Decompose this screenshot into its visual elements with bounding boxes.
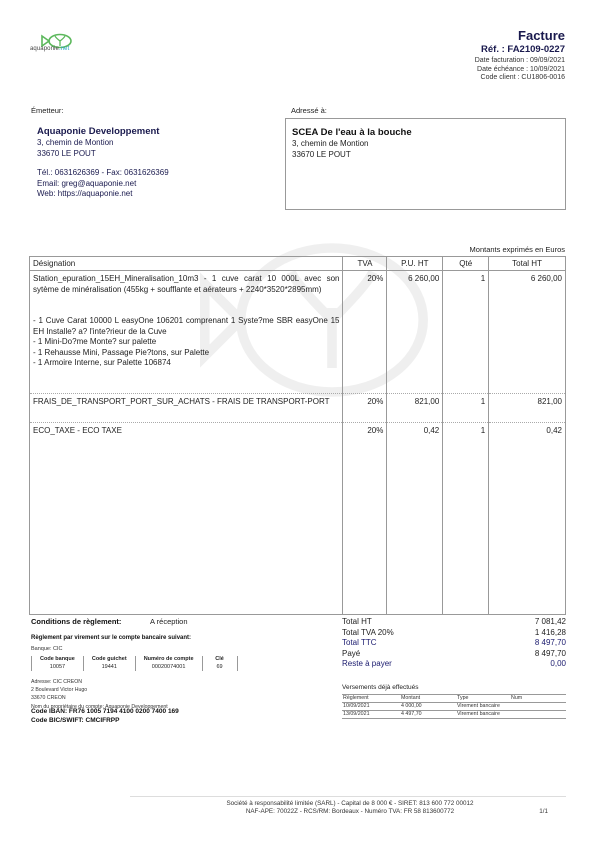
header-pu-ht: P.U. HT xyxy=(387,257,443,271)
bic: Code BIC/SWIFT: CMCIFRPP xyxy=(31,717,179,726)
emetteur-web: Web: https://aquaponie.net xyxy=(37,189,279,200)
row-total: 6 260,00 xyxy=(489,271,566,394)
emetteur-email: Email: greg@aquaponie.net xyxy=(37,179,279,190)
emetteur-name: Aquaponie Developpement xyxy=(37,126,279,137)
date-echeance: Date échéance : 10/09/2021 xyxy=(475,66,565,75)
total-tva-row: Total TVA 20%1 416,28 xyxy=(342,628,566,639)
destinataire-block: SCEA De l'eau à la bouche 3, chemin de M… xyxy=(285,118,566,210)
paye-row: Payé8 497,70 xyxy=(342,649,566,660)
footer-line2: NAF-APE: 70022Z - RCS/RM: Bordeaux - Num… xyxy=(130,808,570,816)
items-table: Désignation TVA P.U. HT Qté Total HT Sta… xyxy=(29,256,566,615)
iban-block: Code IBAN: FR76 1005 7194 4100 0200 7400… xyxy=(31,708,179,725)
footer-line1: Société à responsabilité limitée (SARL) … xyxy=(130,800,570,808)
versements-title: Versements déjà effectués xyxy=(342,684,418,691)
bank-name: Banque: CIC xyxy=(31,646,63,652)
versement-row: 10/09/20214 000,00Virement bancaire xyxy=(342,703,566,711)
versements-table: RèglementMontantTypeNum 10/09/20214 000,… xyxy=(342,694,566,719)
table-row: ECO_TAXE - ECO TAXE 20% 0,42 1 0,42 xyxy=(30,423,566,615)
row-qty: 1 xyxy=(443,394,489,423)
row-tva: 20% xyxy=(343,423,387,615)
total-ht-row: Total HT7 081,42 xyxy=(342,617,566,628)
row-tva: 20% xyxy=(343,394,387,423)
bank-address: Adresse: CIC CREON 2 Boulevard Victor Hu… xyxy=(31,678,168,711)
versement-row: 13/09/20214 497,70Virement bancaire xyxy=(342,711,566,719)
table-row: FRAIS_DE_TRANSPORT_PORT_SUR_ACHATS - FRA… xyxy=(30,394,566,423)
table-header-row: Désignation TVA P.U. HT Qté Total HT xyxy=(30,257,566,271)
header-qty: Qté xyxy=(443,257,489,271)
date-facturation: Date facturation : 09/09/2021 xyxy=(475,57,565,66)
row-total: 821,00 xyxy=(489,394,566,423)
row-qty: 1 xyxy=(443,271,489,394)
footer: Société à responsabilité limitée (SARL) … xyxy=(130,800,570,816)
destinataire-address1: 3, chemin de Montion xyxy=(292,139,565,150)
currency-note: Montants exprimés en Euros xyxy=(470,245,565,254)
fish-sprout-icon xyxy=(26,30,86,56)
row-tva: 20% xyxy=(343,271,387,394)
code-client: Code client : CU1806-0016 xyxy=(475,74,565,83)
emetteur-address1: 3, chemin de Montion xyxy=(37,138,279,149)
row-description: Station_epuration_15EH_Mineralisation_10… xyxy=(30,271,343,394)
destinataire-address2: 33670 LE POUT xyxy=(292,150,565,161)
destinataire-label: Adressé à: xyxy=(291,106,327,115)
row-pu: 821,00 xyxy=(387,394,443,423)
table-row: Station_epuration_15EH_Mineralisation_10… xyxy=(30,271,566,394)
conditions-value: A réception xyxy=(150,617,188,626)
emetteur-label: Émetteur: xyxy=(31,106,64,115)
conditions-label: Conditions de règlement: xyxy=(31,617,121,626)
row-pu: 0,42 xyxy=(387,423,443,615)
row-qty: 1 xyxy=(443,423,489,615)
rib-table: Code banque Code guichet Numéro de compt… xyxy=(31,656,238,671)
logo-text: aquaponie.net xyxy=(30,46,69,52)
emetteur-address2: 33670 LE POUT xyxy=(37,149,279,160)
document-title: Facture xyxy=(518,28,565,43)
emetteur-phone: Tél.: 0631626369 - Fax: 0631626369 xyxy=(37,168,279,179)
row-pu: 6 260,00 xyxy=(387,271,443,394)
totals-block: Total HT7 081,42 Total TVA 20%1 416,28 T… xyxy=(342,617,566,670)
versements-header: RèglementMontantTypeNum xyxy=(342,695,566,703)
header-designation: Désignation xyxy=(30,257,343,271)
row-description: FRAIS_DE_TRANSPORT_PORT_SUR_ACHATS - FRA… xyxy=(30,394,343,423)
virement-label: Règlement par virement sur le compte ban… xyxy=(31,635,191,641)
row-description: ECO_TAXE - ECO TAXE xyxy=(30,423,343,615)
row-total: 0,42 xyxy=(489,423,566,615)
invoice-meta: Date facturation : 09/09/2021 Date échéa… xyxy=(475,57,565,83)
invoice-reference: Réf. : FA2109-0227 xyxy=(481,44,565,55)
page-number: 1/1 xyxy=(539,808,548,815)
emetteur-block: Aquaponie Developpement 3, chemin de Mon… xyxy=(29,118,279,210)
destinataire-name: SCEA De l'eau à la bouche xyxy=(292,127,565,138)
header-total-ht: Total HT xyxy=(489,257,566,271)
reste-row: Reste à payer0,00 xyxy=(342,659,566,670)
header-tva: TVA xyxy=(343,257,387,271)
iban: Code IBAN: FR76 1005 7194 4100 0200 7400… xyxy=(31,708,179,717)
footer-divider xyxy=(130,796,566,797)
total-ttc-row: Total TTC8 497,70 xyxy=(342,638,566,649)
